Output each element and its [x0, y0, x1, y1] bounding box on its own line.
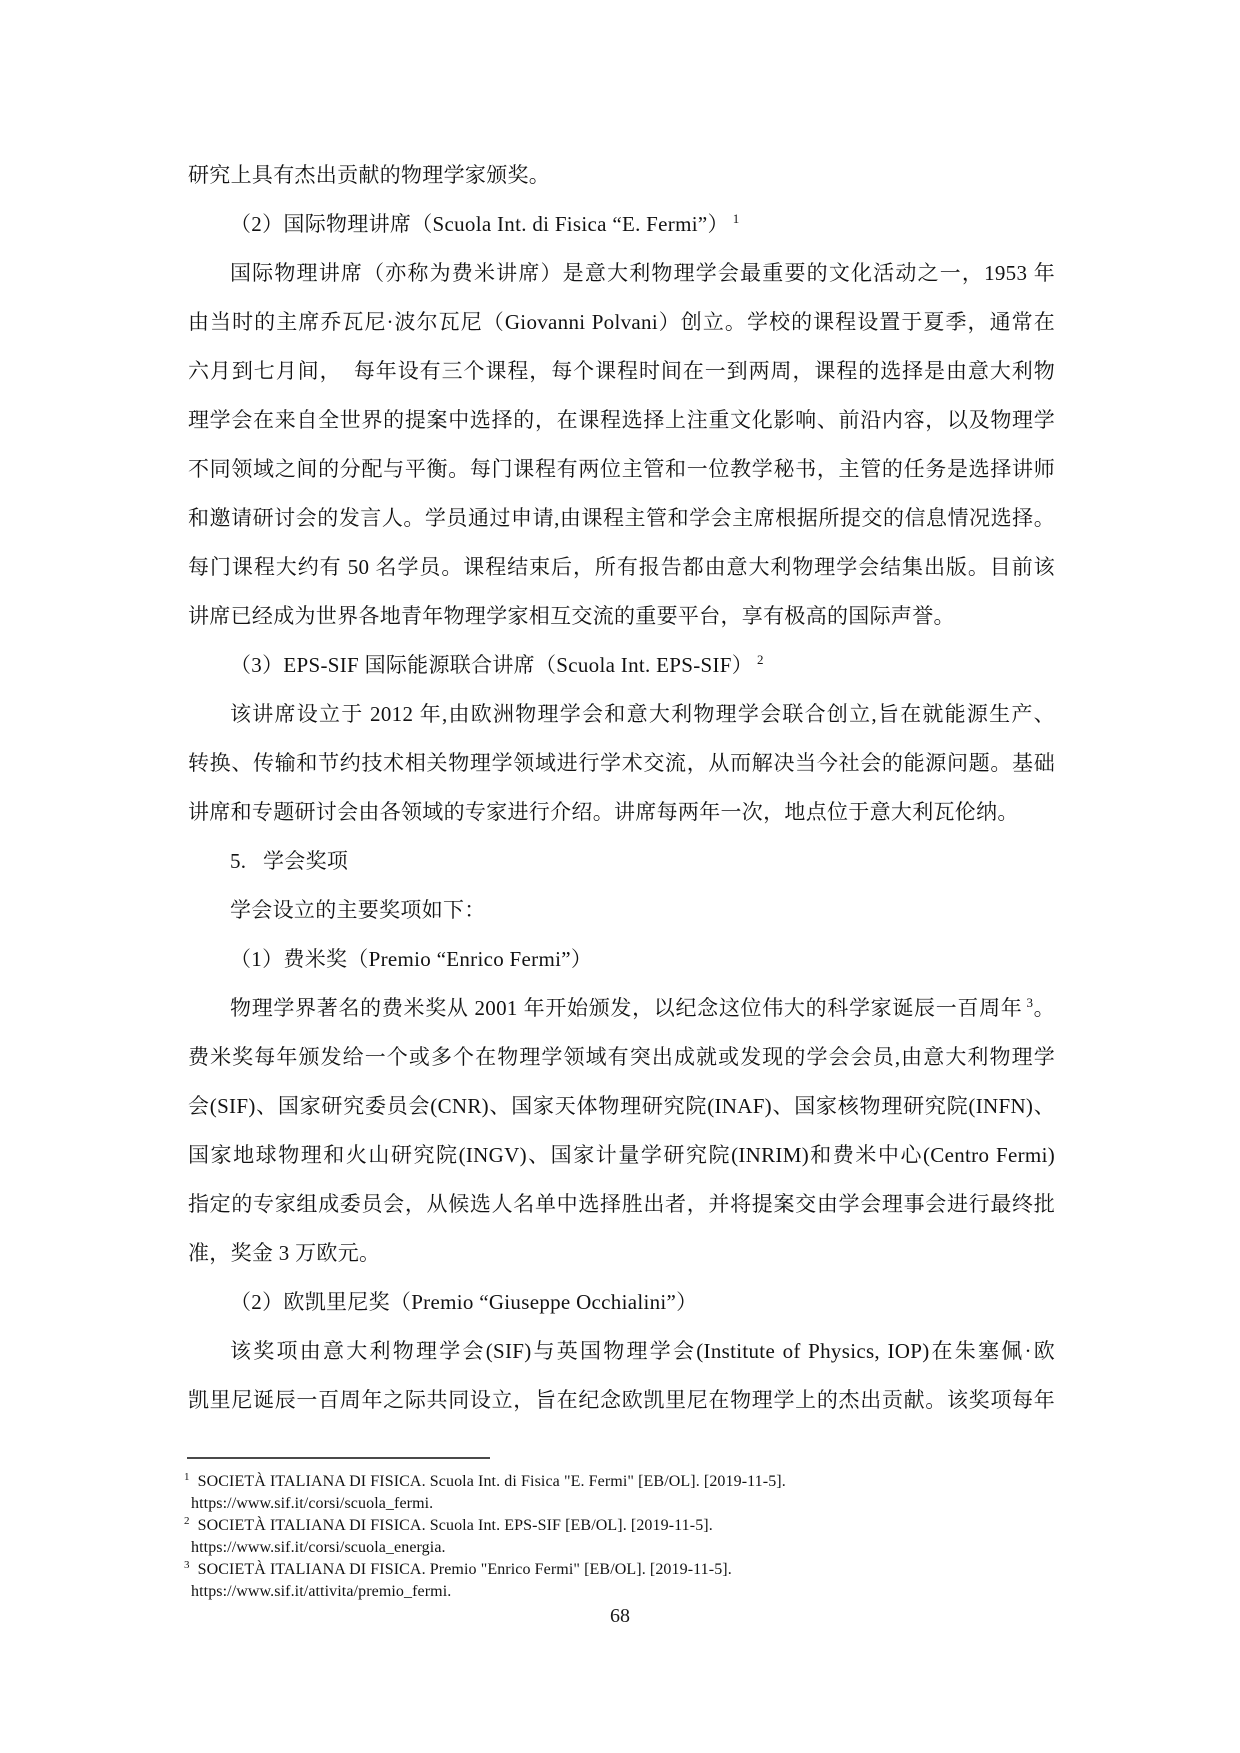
text-run: 指定的专家组成委员会，从候选人名单中选择胜出者，并将提案交由学会理事会进行最终批 — [188, 1192, 1055, 1216]
footnote-url-line: https://www.sif.it/attivita/premio_fermi… — [184, 1581, 1064, 1603]
footnote-url-line: https://www.sif.it/corsi/scuola_fermi. — [184, 1493, 1064, 1515]
document-body: 研究上具有杰出贡献的物理学家颁奖。（2）国际物理讲席（Scuola Int. d… — [188, 151, 1055, 1425]
text-run: 讲席和专题研讨会由各领域的专家进行介绍。讲席每两年一次，地点位于意大利瓦伦纳。 — [188, 800, 1019, 824]
text-run: 会(SIF)、国家研究委员会(CNR)、国家天体物理研究院(INAF)、国家核物… — [188, 1094, 1055, 1118]
footnote-list: 1SOCIETÀ ITALIANA DI FISICA. Scuola Int.… — [184, 1471, 1064, 1603]
footnote-url-line: https://www.sif.it/corsi/scuola_energia. — [184, 1537, 1064, 1559]
document-line: 学会设立的主要奖项如下： — [188, 886, 1055, 935]
footnote-section: 1SOCIETÀ ITALIANA DI FISICA. Scuola Int.… — [184, 1457, 1064, 1603]
footnote-ref: 2 — [757, 652, 764, 667]
text-run: 凯里尼诞辰一百周年之际共同设立，旨在纪念欧凯里尼在物理学上的杰出贡献。该奖项每年 — [188, 1388, 1055, 1412]
text-run: 国家地球物理和火山研究院(INGV)、国家计量学研究院(INRIM)和费米中心(… — [188, 1143, 1055, 1167]
text-run: 费米奖每年颁发给一个或多个在物理学领域有突出成就或发现的学会会员,由意大利物理学 — [188, 1045, 1055, 1069]
document-line: 研究上具有杰出贡献的物理学家颁奖。 — [188, 151, 1055, 200]
document-line: 会(SIF)、国家研究委员会(CNR)、国家天体物理研究院(INAF)、国家核物… — [188, 1082, 1055, 1131]
text-run: 不同领域之间的分配与平衡。每门课程有两位主管和一位教学秘书，主管的任务是选择讲师 — [188, 457, 1055, 481]
footnote-citation: SOCIETÀ ITALIANA DI FISICA. Premio "Enri… — [198, 1561, 732, 1578]
text-run: 。 — [1033, 996, 1055, 1020]
footnote-marker: 3 — [184, 1559, 190, 1571]
text-run: 由当时的主席乔瓦尼·波尔瓦尼（Giovanni Polvani）创立。学校的课程… — [188, 310, 1055, 334]
document-line: 讲席已经成为世界各地青年物理学家相互交流的重要平台，享有极高的国际声誉。 — [188, 592, 1055, 641]
document-line: 国际物理讲席（亦称为费米讲席）是意大利物理学会最重要的文化活动之一，1953 年 — [188, 249, 1055, 298]
text-run: 学会设立的主要奖项如下： — [230, 898, 486, 922]
document-line: 和邀请研讨会的发言人。学员通过申请,由课程主管和学会主席根据所提交的信息情况选择… — [188, 494, 1055, 543]
document-line: （2）欧凯里尼奖（Premio “Giuseppe Occhialini”） — [188, 1278, 1055, 1327]
document-line: 物理学界著名的费米奖从 2001 年开始颁发，以纪念这位伟大的科学家诞辰一百周年… — [188, 984, 1055, 1033]
footnote-divider — [187, 1457, 490, 1459]
text-run: 每门课程大约有 50 名学员。课程结束后，所有报告都由意大利物理学会结集出版。目… — [188, 555, 1055, 579]
text-run: 物理学界著名的费米奖从 2001 年开始颁发，以纪念这位伟大的科学家诞辰一百周年 — [230, 996, 1022, 1020]
document-line: 不同领域之间的分配与平衡。每门课程有两位主管和一位教学秘书，主管的任务是选择讲师 — [188, 445, 1055, 494]
document-line: 每门课程大约有 50 名学员。课程结束后，所有报告都由意大利物理学会结集出版。目… — [188, 543, 1055, 592]
text-run: 研究上具有杰出贡献的物理学家颁奖。 — [188, 163, 550, 187]
footnote-citation: SOCIETÀ ITALIANA DI FISICA. Scuola Int. … — [198, 1473, 786, 1490]
footnote-marker: 1 — [184, 1471, 190, 1483]
document-line: 准，奖金 3 万欧元。 — [188, 1229, 1055, 1278]
document-line: （3）EPS-SIF 国际能源联合讲席（Scuola Int. EPS-SIF）… — [188, 641, 1055, 690]
text-run: （3）EPS-SIF 国际能源联合讲席（Scuola Int. EPS-SIF） — [230, 653, 753, 677]
text-run: 转换、传输和节约技术相关物理学领域进行学术交流，从而解决当今社会的能源问题。基础 — [188, 751, 1055, 775]
footnote-text-line: 1SOCIETÀ ITALIANA DI FISICA. Scuola Int.… — [184, 1471, 1064, 1493]
document-line: 指定的专家组成委员会，从候选人名单中选择胜出者，并将提案交由学会理事会进行最终批 — [188, 1180, 1055, 1229]
footnote-marker: 2 — [184, 1515, 190, 1527]
document-line: 该奖项由意大利物理学会(SIF)与英国物理学会(Institute of Phy… — [188, 1327, 1055, 1376]
text-run: 5. 学会奖项 — [230, 849, 348, 873]
document-line: 讲席和专题研讨会由各领域的专家进行介绍。讲席每两年一次，地点位于意大利瓦伦纳。 — [188, 788, 1055, 837]
text-run: （2）国际物理讲席（Scuola Int. di Fisica “E. Ferm… — [230, 212, 729, 236]
text-run: 国际物理讲席（亦称为费米讲席）是意大利物理学会最重要的文化活动之一，1953 年 — [230, 261, 1055, 285]
document-line: 该讲席设立于 2012 年,由欧洲物理学会和意大利物理学会联合创立,旨在就能源生… — [188, 690, 1055, 739]
text-run: 理学会在来自全世界的提案中选择的，在课程选择上注重文化影响、前沿内容，以及物理学 — [188, 408, 1055, 432]
text-run: 准，奖金 3 万欧元。 — [188, 1241, 380, 1265]
footnote-citation: SOCIETÀ ITALIANA DI FISICA. Scuola Int. … — [198, 1517, 713, 1534]
document-line: 费米奖每年颁发给一个或多个在物理学领域有突出成就或发现的学会会员,由意大利物理学 — [188, 1033, 1055, 1082]
footnote-text-line: 3SOCIETÀ ITALIANA DI FISICA. Premio "Enr… — [184, 1559, 1064, 1581]
document-line: （2）国际物理讲席（Scuola Int. di Fisica “E. Ferm… — [188, 200, 1055, 249]
text-run: 讲席已经成为世界各地青年物理学家相互交流的重要平台，享有极高的国际声誉。 — [188, 604, 955, 628]
footnote-text-line: 2SOCIETÀ ITALIANA DI FISICA. Scuola Int.… — [184, 1515, 1064, 1537]
document-line: 由当时的主席乔瓦尼·波尔瓦尼（Giovanni Polvani）创立。学校的课程… — [188, 298, 1055, 347]
text-run: 该讲席设立于 2012 年,由欧洲物理学会和意大利物理学会联合创立,旨在就能源生… — [230, 702, 1055, 726]
document-line: 5. 学会奖项 — [188, 837, 1055, 886]
footnote-ref: 1 — [733, 211, 740, 226]
document-line: 凯里尼诞辰一百周年之际共同设立，旨在纪念欧凯里尼在物理学上的杰出贡献。该奖项每年 — [188, 1376, 1055, 1425]
document-line: 转换、传输和节约技术相关物理学领域进行学术交流，从而解决当今社会的能源问题。基础 — [188, 739, 1055, 788]
text-run: 和邀请研讨会的发言人。学员通过申请,由课程主管和学会主席根据所提交的信息情况选择… — [188, 506, 1055, 530]
document-line: 国家地球物理和火山研究院(INGV)、国家计量学研究院(INRIM)和费米中心(… — [188, 1131, 1055, 1180]
document-page: 研究上具有杰出贡献的物理学家颁奖。（2）国际物理讲席（Scuola Int. d… — [0, 0, 1240, 1753]
document-line: 六月到七月间， 每年设有三个课程，每个课程时间在一到两周，课程的选择是由意大利物 — [188, 347, 1055, 396]
page-number: 68 — [0, 1604, 1240, 1628]
text-run: 六月到七月间， 每年设有三个课程，每个课程时间在一到两周，课程的选择是由意大利物 — [188, 359, 1055, 383]
document-line: 理学会在来自全世界的提案中选择的，在课程选择上注重文化影响、前沿内容，以及物理学 — [188, 396, 1055, 445]
text-run: 该奖项由意大利物理学会(SIF)与英国物理学会(Institute of Phy… — [230, 1339, 1055, 1363]
text-run: （2）欧凯里尼奖（Premio “Giuseppe Occhialini”） — [230, 1290, 697, 1314]
document-line: （1）费米奖（Premio “Enrico Fermi”） — [188, 935, 1055, 984]
text-run: （1）费米奖（Premio “Enrico Fermi”） — [230, 947, 592, 971]
